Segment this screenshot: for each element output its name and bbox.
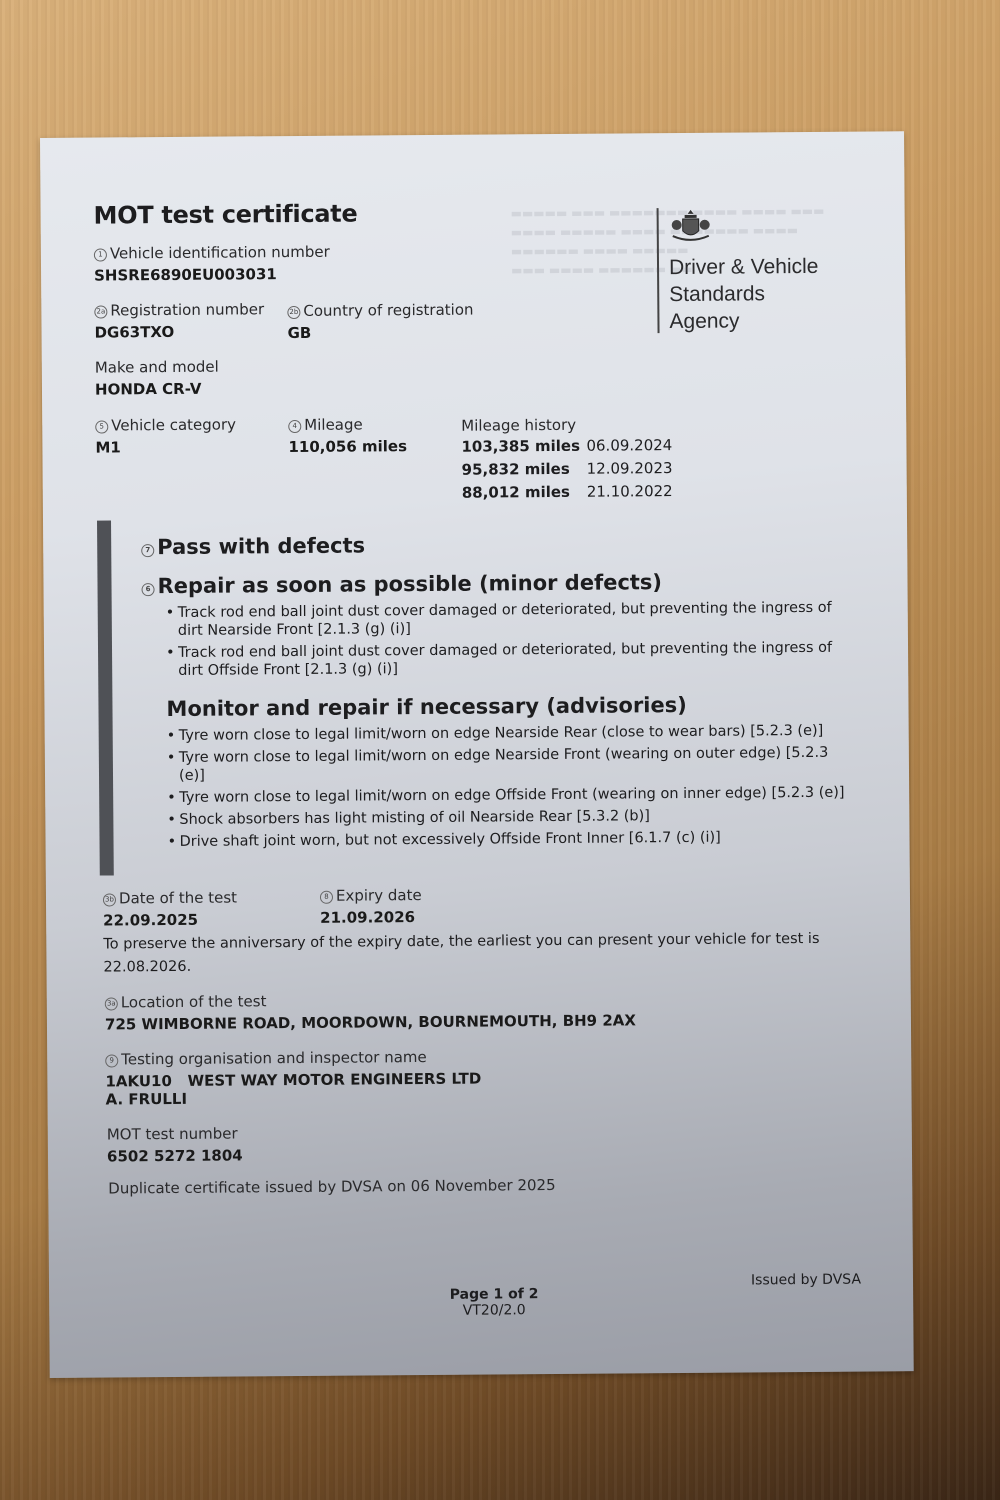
field-number-badge: 8 xyxy=(320,891,333,904)
advisory-item: Tyre worn close to legal limit/worn on e… xyxy=(167,784,857,807)
issued-by: Issued by DVSA xyxy=(751,1272,861,1289)
field-number-badge: 6 xyxy=(141,583,154,596)
history-date: 21.10.2022 xyxy=(587,480,673,504)
history-miles: 88,012 miles xyxy=(462,481,587,505)
minor-defect-item: Track rod end ball joint dust cover dama… xyxy=(166,639,856,680)
agency-name-line: Standards xyxy=(669,280,819,308)
advisory-item: Drive shaft joint worn, but not excessiv… xyxy=(167,828,857,851)
mileage-history-row: 95,832 miles12.09.2023 xyxy=(462,457,673,482)
form-code: VT20/2.0 xyxy=(429,1302,559,1319)
field-number-badge: 2a xyxy=(94,305,107,318)
agency-name-line: Agency xyxy=(669,307,819,335)
test-date-label: Date of the test xyxy=(119,888,237,907)
mileage-history-row: 103,385 miles06.09.2024 xyxy=(461,434,672,459)
test-date-value: 22.09.2025 xyxy=(103,910,237,929)
location-label: Location of the test xyxy=(121,992,267,1011)
page-title: MOT test certificate xyxy=(94,200,358,230)
result-heading: 7Pass with defects xyxy=(141,533,365,559)
organisation-name: WEST WAY MOTOR ENGINEERS LTD xyxy=(187,1070,481,1090)
field-number-badge: 5 xyxy=(95,420,108,433)
mot-certificate-page: MOT test certificate 1Vehicle identifica… xyxy=(40,131,914,1378)
minor-defects-section: 6Repair as soon as possible (minor defec… xyxy=(141,568,882,684)
expiry-date-label: Expiry date xyxy=(336,886,422,905)
result-side-bar xyxy=(97,520,114,875)
mileage-label: Mileage xyxy=(304,415,363,433)
field-number-badge: 1 xyxy=(94,248,107,261)
site-code: 1AKU10 xyxy=(105,1072,172,1091)
minor-defects-heading: Repair as soon as possible (minor defect… xyxy=(157,570,662,598)
advisory-item: Tyre worn close to legal limit/worn on e… xyxy=(167,722,857,745)
field-number-badge: 4 xyxy=(288,420,301,433)
country-field: 2bCountry of registration GB xyxy=(287,301,473,342)
registration-field: 2aRegistration number DG63TXO xyxy=(94,300,264,341)
location-value: 725 WIMBORNE ROAD, MOORDOWN, BOURNEMOUTH… xyxy=(105,1011,636,1033)
make-model-value: HONDA CR-V xyxy=(95,380,219,399)
show-through-text: ▬▬▬▬▬ ▬▬▬ ▬▬▬▬▬▬▬ ▬▬▬▬ ▬▬▬▬ ▬▬▬▬▬▬▬ ▬▬▬▬… xyxy=(511,201,882,280)
expiry-date-value: 21.09.2026 xyxy=(320,908,422,927)
history-miles: 103,385 miles xyxy=(461,435,586,459)
registration-value: DG63TXO xyxy=(94,322,264,341)
test-number-value: 6502 5272 1804 xyxy=(107,1146,243,1165)
history-miles: 95,832 miles xyxy=(462,458,587,482)
mileage-field: 4Mileage 110,056 miles xyxy=(288,415,407,456)
page-number: Page 1 of 2 xyxy=(429,1286,559,1303)
make-model-field: Make and model HONDA CR-V xyxy=(95,358,219,399)
advisory-item: Tyre worn close to legal limit/worn on e… xyxy=(167,744,857,785)
mileage-value: 110,056 miles xyxy=(288,437,407,456)
advisories-heading: Monitor and repair if necessary (advisor… xyxy=(166,691,886,721)
organisation-label: Testing organisation and inspector name xyxy=(121,1048,427,1068)
field-number-badge: 2b xyxy=(287,306,300,319)
field-number-badge: 3a xyxy=(105,997,118,1010)
test-number-label: MOT test number xyxy=(107,1124,243,1143)
test-number-field: MOT test number 6502 5272 1804 xyxy=(107,1124,243,1165)
advisories-section: Monitor and repair if necessary (advisor… xyxy=(166,691,887,855)
category-label: Vehicle category xyxy=(111,415,236,434)
category-value: M1 xyxy=(95,437,236,456)
make-model-label: Make and model xyxy=(95,358,219,377)
field-number-badge: 7 xyxy=(141,544,154,557)
inspector-name: A. FRULLI xyxy=(105,1088,481,1109)
result-text: Pass with defects xyxy=(157,533,365,559)
vin-value: SHSRE6890EU003031 xyxy=(94,265,330,285)
field-number-badge: 9 xyxy=(105,1054,118,1067)
field-number-badge: 3b xyxy=(103,893,116,906)
mileage-history-row: 88,012 miles21.10.2022 xyxy=(462,480,673,505)
vin-label: Vehicle identification number xyxy=(110,243,330,263)
history-date: 12.09.2023 xyxy=(587,457,673,481)
minor-defect-item: Track rod end ball joint dust cover dama… xyxy=(166,599,856,640)
category-field: 5Vehicle category M1 xyxy=(95,415,236,456)
advisory-item: Shock absorbers has light misting of oil… xyxy=(167,806,857,829)
organisation-field: 9Testing organisation and inspector name… xyxy=(105,1048,481,1109)
location-field: 3aLocation of the test 725 WIMBORNE ROAD… xyxy=(105,989,636,1033)
registration-label: Registration number xyxy=(110,300,264,319)
anniversary-note: To preserve the anniversary of the expir… xyxy=(103,928,823,980)
test-date-field: 3bDate of the test 22.09.2025 xyxy=(103,888,237,929)
country-label: Country of registration xyxy=(303,301,473,320)
mileage-history-label: Mileage history xyxy=(461,415,672,435)
history-date: 06.09.2024 xyxy=(586,434,672,458)
vin-field: 1Vehicle identification number SHSRE6890… xyxy=(94,243,330,285)
mileage-history: Mileage history 103,385 miles06.09.20249… xyxy=(461,415,673,505)
country-value: GB xyxy=(287,323,473,342)
expiry-date-field: 8Expiry date 21.09.2026 xyxy=(320,886,422,927)
duplicate-note: Duplicate certificate issued by DVSA on … xyxy=(108,1176,555,1198)
page-footer: Page 1 of 2 VT20/2.0 xyxy=(429,1286,559,1319)
